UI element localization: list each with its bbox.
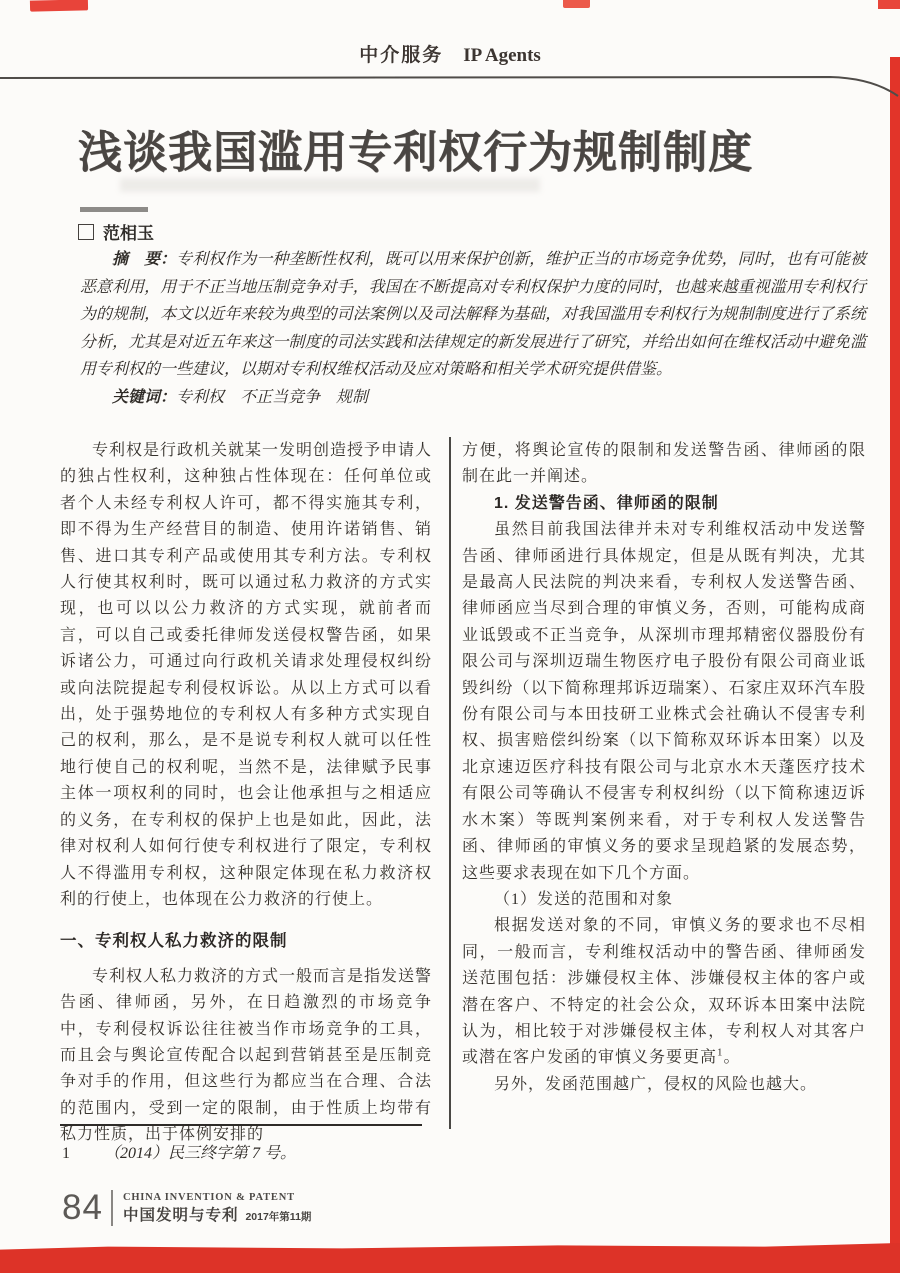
body-paragraph: 另外，发函范围越广，侵权的风险也越大。 [462,1072,866,1098]
abstract-block: 摘 要：专利权作为一种垄断性权利，既可以用来保护创新，维护正当的市场竞争优势，同… [80,246,866,412]
journal-block: CHINA INVENTION & PATENT 中国发明与专利 2017年第1… [123,1192,311,1225]
section-category-en: IP Agents [463,45,541,66]
footnote-rule [60,1124,422,1126]
author-name: 范相玉 [103,219,154,244]
author-square-icon [78,224,94,240]
section-category-cn: 中介服务 [359,45,443,66]
section-heading-1: 一、专利权人私力救济的限制 [60,928,432,954]
column-divider-rule [449,437,451,1129]
paragraph-text: 。 [724,1049,741,1066]
subsection-heading-1: 1. 发送警告函、律师函的限制 [462,491,866,517]
journal-name-en: CHINA INVENTION & PATENT [123,1192,311,1203]
show-through-ghost [120,178,540,192]
footnote-number: 1 [62,1145,104,1163]
list-item-heading: （1）发送的范围和对象 [462,887,866,913]
body-paragraph: 专利权是行政机关就某一发明创造授予申请人的独占性权利，这种独占性体现在：任何单位… [60,438,432,913]
footnote: 1（2014）民三终字第 7 号。 [62,1140,296,1163]
keywords-text: 专利权 不正当竞争 规制 [176,389,368,406]
article-title: 浅谈我国滥用专利权行为规制制度 [78,116,838,180]
left-column: 专利权是行政机关就某一发明创造授予申请人的独占性权利，这种独占性体现在：任何单位… [60,438,432,1149]
header-rule [0,66,900,100]
body-paragraph-with-footnote-ref: 根据发送对象的不同，审慎义务的要求也不尽相同，一般而言，专利维权活动中的警告函、… [462,913,866,1071]
abstract-paragraph: 摘 要：专利权作为一种垄断性权利，既可以用来保护创新，维护正当的市场竞争优势，同… [80,246,866,384]
scan-artifact-top-center [563,0,590,8]
author-line: 范相玉 [78,219,154,244]
page-footer: 84 CHINA INVENTION & PATENT 中国发明与专利 2017… [62,1188,311,1228]
scan-artifact-right-edge [890,57,900,1247]
journal-issue: 2017年第11期 [245,1209,311,1224]
right-column: 方便，将舆论宣传的限制和发送警告函、律师函的限制在此一并阐述。 1. 发送警告函… [462,438,866,1098]
footnote-text: （2014）民三终字第 7 号。 [104,1145,296,1162]
body-paragraph-continuation: 方便，将舆论宣传的限制和发送警告函、律师函的限制在此一并阐述。 [462,438,866,491]
paragraph-text: 根据发送对象的不同，审慎义务的要求也不尽相同，一般而言，专利维权活动中的警告函、… [462,917,866,1066]
scan-artifact-top-left [30,0,88,12]
footer-divider [111,1190,113,1226]
scan-artifact-top-right [878,0,900,9]
scan-artifact-bottom-band [0,1243,900,1273]
page-number: 84 [62,1188,103,1228]
journal-page: 中介服务 IP Agents 浅谈我国滥用专利权行为规制制度 范相玉 摘 要：专… [0,0,900,1273]
body-paragraph: 专利权人私力救济的方式一般而言是指发送警告函、律师函，另外，在日趋激烈的市场竞争… [60,964,432,1149]
keywords-paragraph: 关键词：专利权 不正当竞争 规制 [80,384,866,412]
abstract-label: 摘 要： [112,251,176,268]
author-accent-bar [80,207,148,212]
abstract-text: 专利权作为一种垄断性权利，既可以用来保护创新，维护正当的市场竞争优势，同时，也有… [80,251,866,378]
journal-name-cn: 中国发明与专利 [123,1203,239,1225]
body-paragraph: 虽然目前我国法律并未对专利维权活动中发送警告函、律师函进行具体规定，但是从既有判… [462,517,866,887]
keywords-label: 关键词： [112,389,176,406]
running-head: 中介服务 IP Agents [0,40,900,67]
